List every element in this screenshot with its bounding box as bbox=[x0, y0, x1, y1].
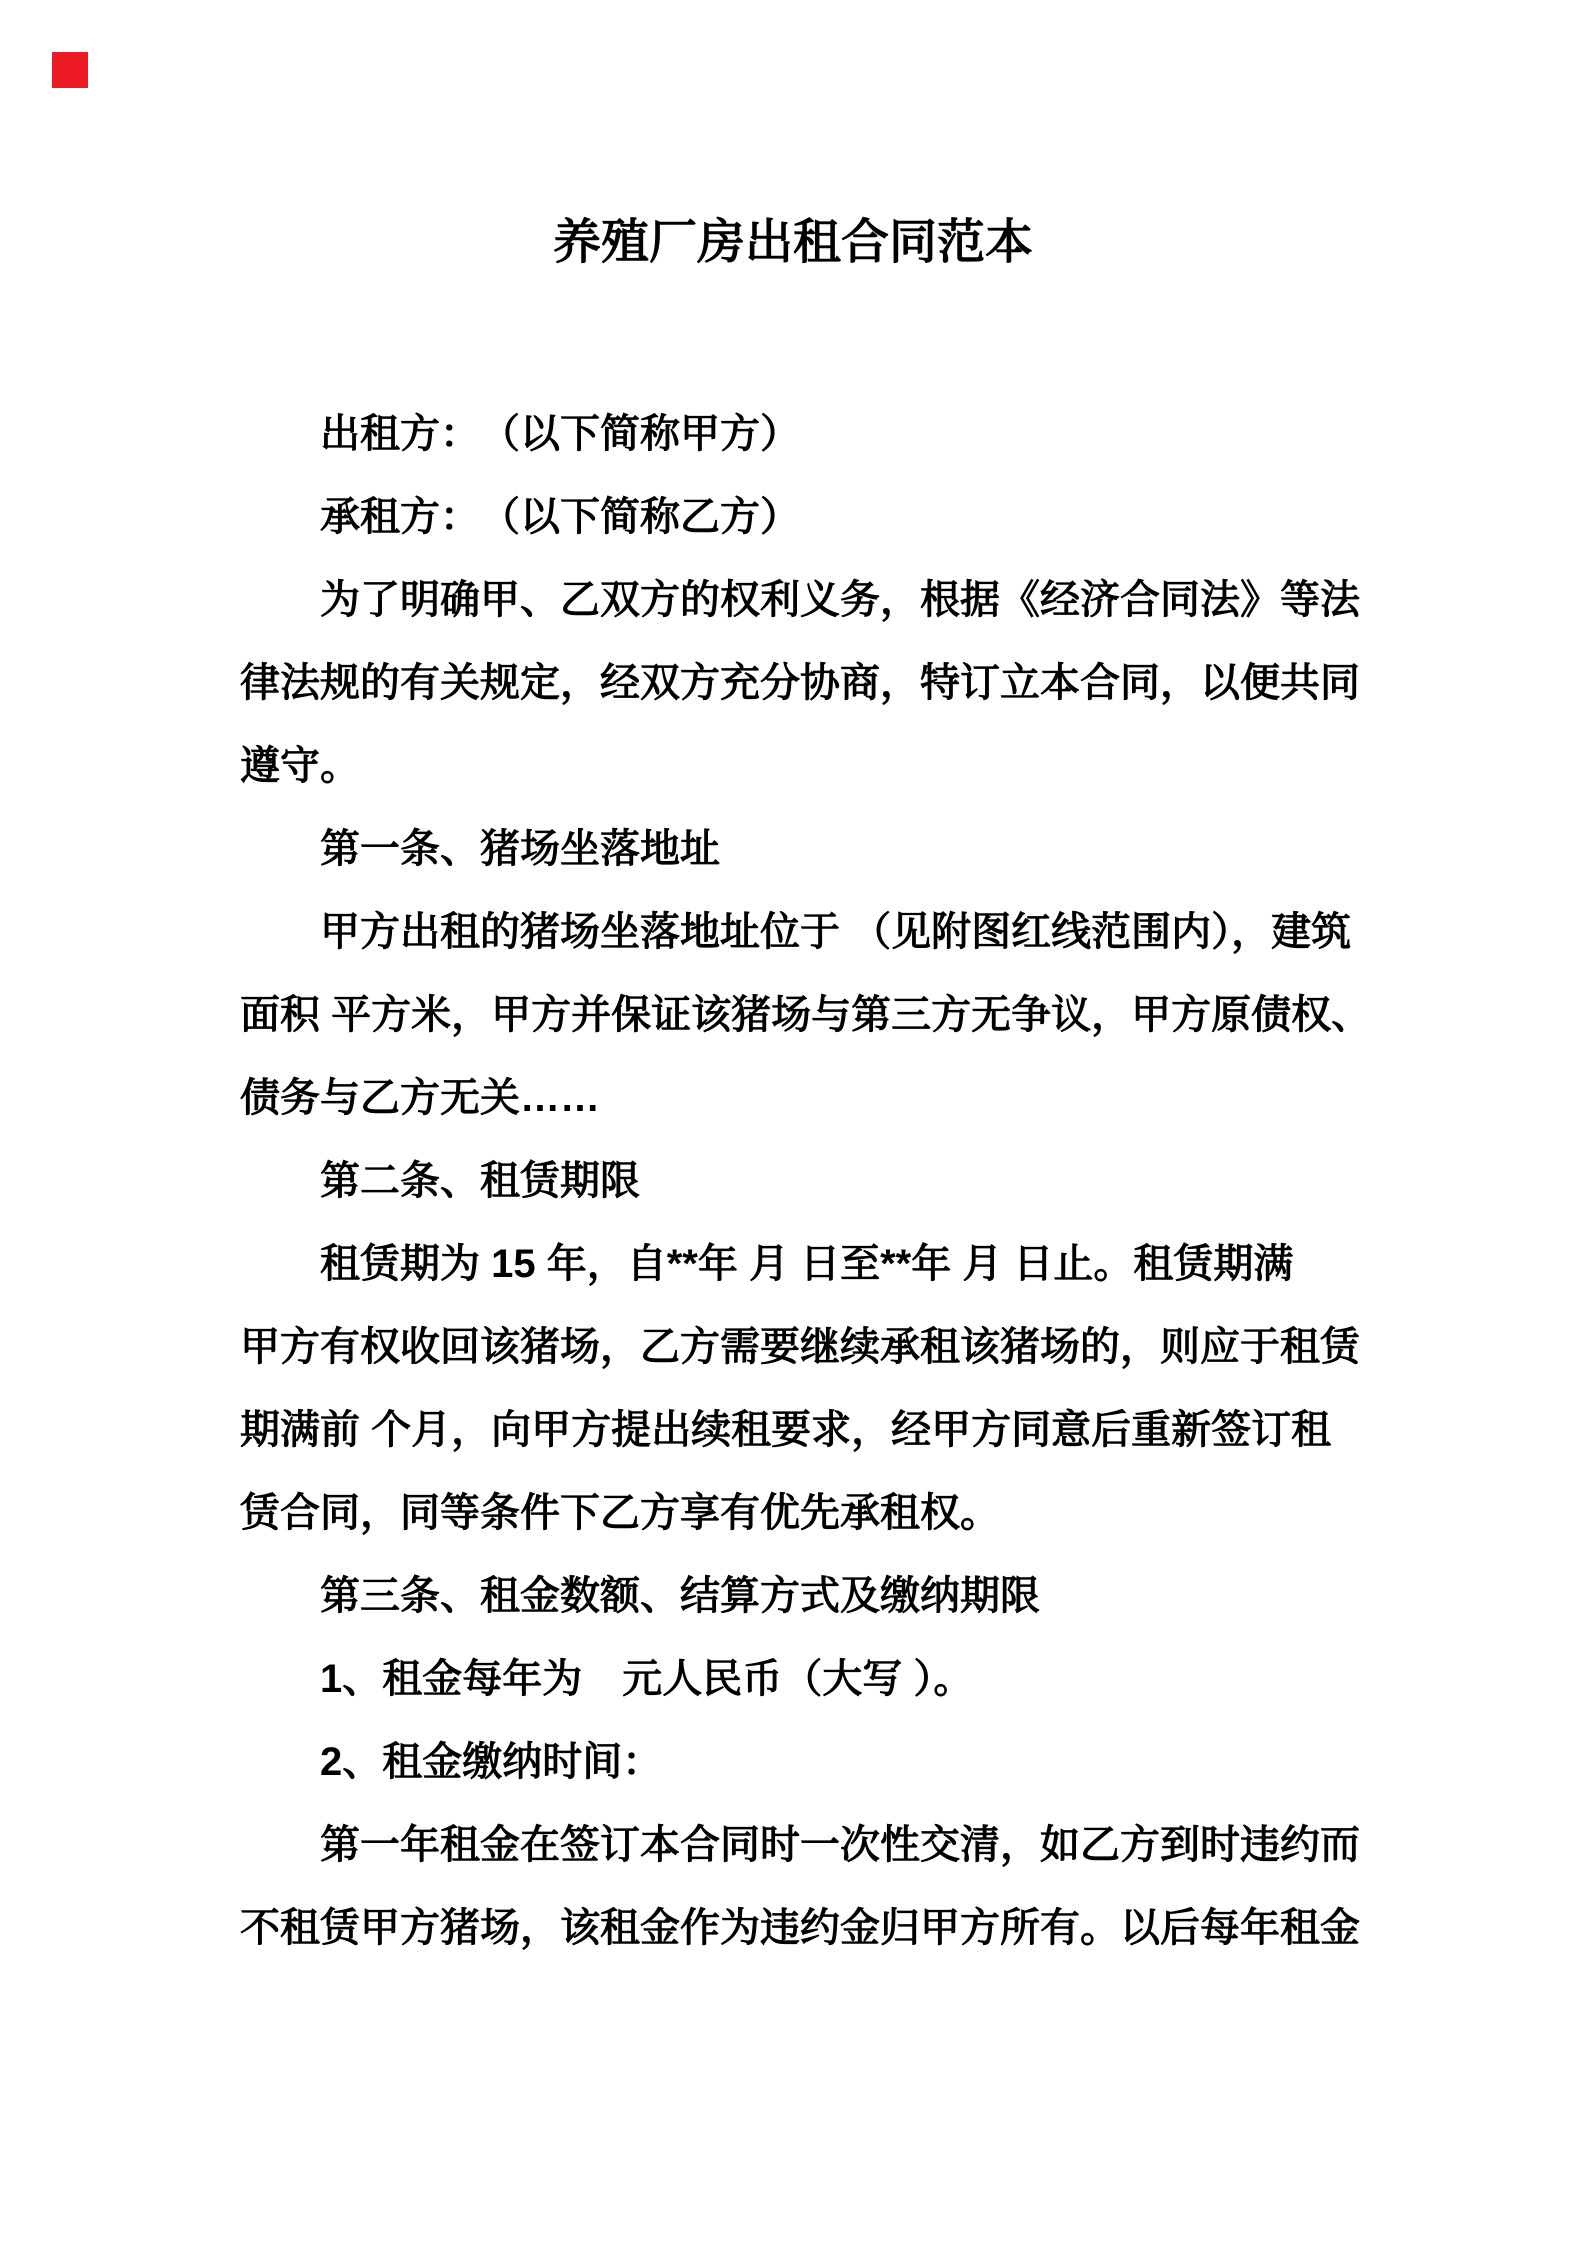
document-line-8: 面积 平方米，甲方并保证该猪场与第三方无争议，甲方原债权、 bbox=[240, 974, 1366, 1057]
document-line-9: 债务与乙方无关…… bbox=[240, 1057, 1366, 1140]
document-line-10: 第二条、租赁期限 bbox=[240, 1140, 1366, 1223]
document-line-15: 第三条、租金数额、结算方式及缴纳期限 bbox=[240, 1555, 1366, 1638]
document-page: 养殖厂房出租合同范本 出租方： （以下简称甲方）承租方： （以下简称乙方）为了明… bbox=[0, 0, 1586, 2244]
document-line-19: 不租赁甲方猪场，该租金作为违约金归甲方所有。以后每年租金 bbox=[240, 1887, 1366, 1970]
document-line-14: 赁合同，同等条件下乙方享有优先承租权。 bbox=[240, 1472, 1366, 1555]
document-line-6: 第一条、猪场坐落地址 bbox=[240, 808, 1366, 891]
document-line-12: 甲方有权收回该猪场，乙方需要继续承租该猪场的，则应于租赁 bbox=[240, 1306, 1366, 1389]
document-line-18: 第一年租金在签订本合同时一次性交清，如乙方到时违约而 bbox=[240, 1804, 1366, 1887]
document-line-17: 2、租金缴纳时间： bbox=[240, 1721, 1366, 1804]
document-line-13: 期满前 个月，向甲方提出续租要求，经甲方同意后重新签订租 bbox=[240, 1389, 1366, 1472]
document-line-5: 遵守。 bbox=[240, 725, 1366, 808]
document-title: 养殖厂房出租合同范本 bbox=[0, 201, 1586, 284]
document-body: 出租方： （以下简称甲方）承租方： （以下简称乙方）为了明确甲、乙双方的权利义务… bbox=[240, 393, 1366, 1970]
document-line-7: 甲方出租的猪场坐落地址位于 （见附图红线范围内），建筑 bbox=[240, 891, 1366, 974]
document-line-16: 1、租金每年为 元人民币（大写 ）。 bbox=[240, 1638, 1366, 1721]
document-line-11: 租赁期为 15 年，自**年 月 日至**年 月 日止。租赁期满 bbox=[240, 1223, 1366, 1306]
red-corner-marker bbox=[52, 52, 88, 88]
document-line-4: 律法规的有关规定，经双方充分协商，特订立本合同，以便共同 bbox=[240, 642, 1366, 725]
document-line-1: 出租方： （以下简称甲方） bbox=[240, 393, 1366, 476]
document-line-3: 为了明确甲、乙双方的权利义务，根据《经济合同法》等法 bbox=[240, 559, 1366, 642]
document-line-2: 承租方： （以下简称乙方） bbox=[240, 476, 1366, 559]
